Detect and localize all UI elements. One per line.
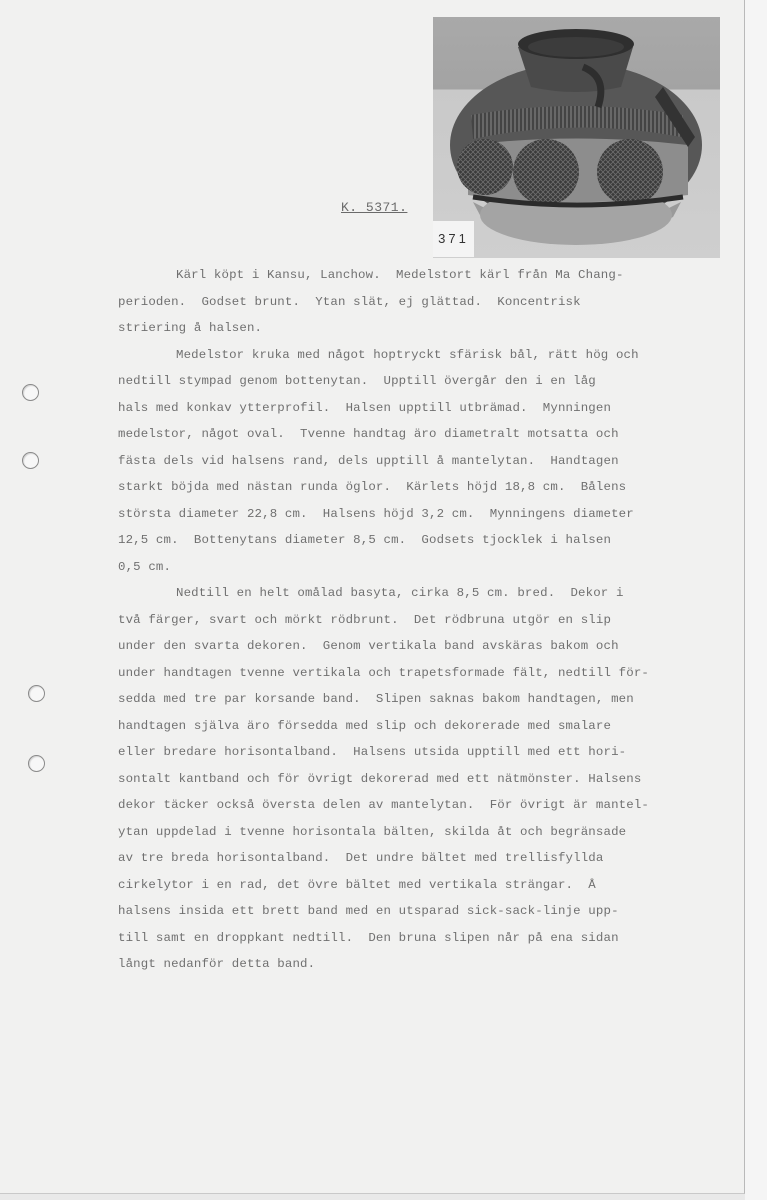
text-line: striering å halsen. [118, 315, 718, 342]
punch-hole [22, 384, 39, 401]
jar-illustration [433, 17, 720, 258]
text-line: 12,5 cm. Bottenytans diameter 8,5 cm. Go… [118, 527, 718, 554]
paragraph-form-description: Medelstor kruka med något hoptryckt sfär… [118, 342, 718, 581]
catalog-number: K. 5371. [341, 200, 407, 215]
text-line: halsens insida ett brett band med en uts… [118, 898, 718, 925]
text-line: under den svarta dekoren. Genom vertikal… [118, 633, 718, 660]
paragraph-provenance: Kärl köpt i Kansu, Lanchow. Medelstort k… [118, 262, 718, 342]
text-line: starkt böjda med nästan runda öglor. Kär… [118, 474, 718, 501]
scan-margin [745, 0, 767, 1200]
text-line: under handtagen tvenne vertikala och tra… [118, 660, 718, 687]
text-line: cirkelytor i en rad, det övre bältet med… [118, 872, 718, 899]
text-line: sedda med tre par korsande band. Slipen … [118, 686, 718, 713]
text-line: nedtill stympad genom bottenytan. Upptil… [118, 368, 718, 395]
photo-number-label: 371 [433, 221, 474, 257]
text-line: till samt en droppkant nedtill. Den brun… [118, 925, 718, 952]
document-body: Kärl köpt i Kansu, Lanchow. Medelstort k… [118, 262, 718, 978]
artifact-photo: 371 [433, 17, 720, 258]
text-line: Medelstor kruka med något hoptryckt sfär… [118, 342, 718, 369]
text-line: eller bredare horisontalband. Halsens ut… [118, 739, 718, 766]
text-line: perioden. Godset brunt. Ytan slät, ej gl… [118, 289, 718, 316]
text-line: dekor täcker också översta delen av mant… [118, 792, 718, 819]
text-line: Nedtill en helt omålad basyta, cirka 8,5… [118, 580, 718, 607]
text-line: ytan uppdelad i tvenne horisontala bälte… [118, 819, 718, 846]
punch-hole [28, 685, 45, 702]
punch-hole [22, 452, 39, 469]
text-line: två färger, svart och mörkt rödbrunt. De… [118, 607, 718, 634]
text-line: största diameter 22,8 cm. Halsens höjd 3… [118, 501, 718, 528]
text-line: av tre breda horisontalband. Det undre b… [118, 845, 718, 872]
text-line: 0,5 cm. [118, 554, 718, 581]
paragraph-decoration: Nedtill en helt omålad basyta, cirka 8,5… [118, 580, 718, 978]
punch-hole [28, 755, 45, 772]
text-line: sontalt kantband och för övrigt dekorera… [118, 766, 718, 793]
text-line: hals med konkav ytterprofil. Halsen uppt… [118, 395, 718, 422]
text-line: Kärl köpt i Kansu, Lanchow. Medelstort k… [118, 262, 718, 289]
text-line: långt nedanför detta band. [118, 951, 718, 978]
text-line: fästa dels vid halsens rand, dels upptil… [118, 448, 718, 475]
text-line: handtagen själva äro försedda med slip o… [118, 713, 718, 740]
text-line: medelstor, något oval. Tvenne handtag är… [118, 421, 718, 448]
